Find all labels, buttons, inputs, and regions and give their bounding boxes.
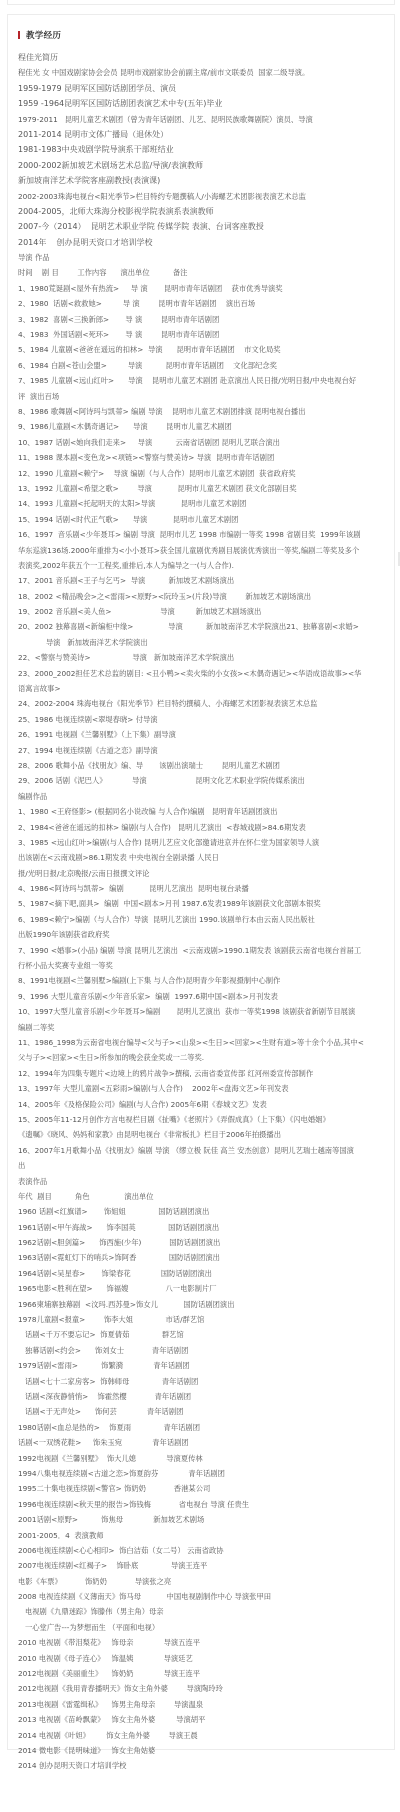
resume-line: 出版1990年该剧获省政府奖 — [18, 927, 388, 942]
resume-line: 导演 新加坡南洋艺术学院演出 — [18, 635, 388, 650]
resume-line: 14、2005年《及格保险公司》编剧(与人合作) 2005年6期《春城文艺》发表 — [18, 1097, 388, 1112]
resume-line: 行杯小品大奖赛专业组一等奖 — [18, 958, 388, 973]
resume-line: 2001话剧<原野> 饰焦母 新加坡艺术剧场 — [18, 1512, 388, 1527]
resume-line: 时间 剧 目 工作内容 演出单位 备注 — [18, 265, 388, 280]
resume-line: 1、1980 <王府怪影> (根据同名小说改编 与人合作)编剧 昆明青年话剧团演… — [18, 804, 388, 819]
section-header: 教学经历 — [18, 28, 61, 42]
resume-content: 程佳光简历程佳光 女 中国戏剧家协会会员 昆明市戏剧家协会前副主席/前市文联委员… — [18, 50, 388, 1774]
resume-line: 话剧<一双绣花鞋> 饰朱玉宛 青年话剧团 — [18, 1435, 388, 1450]
resume-line: 1964话剧<吴星春> 饰梁春花 国防话剧团演出 — [18, 1266, 388, 1281]
resume-line: 2010 电视剧《母子连心》 饰温姨 导演廷艺 — [18, 1651, 388, 1666]
resume-line: 25、1986 电视连续剧<翠堤春晓> 付导演 — [18, 712, 388, 727]
resume-line: 13、1997年 大型儿童剧<五彩雨>编剧(与人合作) 2002年<盘海文艺>年… — [18, 1081, 388, 1096]
resume-line: 1992电视剧《兰馨别墅》 饰大儿媳 导演夏传林 — [18, 1451, 388, 1466]
resume-line: 29、2006 话剧《泥巴人》 导演 昆明文化艺术职业学院传媒系演出 — [18, 773, 388, 788]
section-title: 教学经历 — [26, 29, 61, 41]
resume-line: 电视剧《九鼎迷踪》饰滕伟（男主角）母亲 — [18, 1604, 388, 1619]
previous-card — [7, 0, 395, 5]
resume-line: 3、1982 喜剧<三换新郎> 导 演 昆明市青年话剧团 — [18, 312, 388, 327]
resume-line: 2014年 创办昆明天资口才培训学校 — [18, 235, 388, 250]
resume-line: 1960 话剧<红旗谱> 饰姐姐 国防话剧团演出 — [18, 1204, 388, 1219]
resume-line: 1995二十集电视连续剧<警官> 饰奶奶 香港某公司 — [18, 1481, 388, 1496]
resume-line: 1963话剧<霓虹灯下的哨兵>饰阿香 国防话剧团演出 — [18, 1250, 388, 1265]
resume-line: 7、1990 <婚事>(小品) 编剧 导演 昆明儿艺演出 <云南戏剧>1990.… — [18, 943, 388, 958]
resume-line: 1981-1983中央戏剧学院导演系干部班结业 — [18, 142, 388, 157]
resume-line: 导演 作品 — [18, 250, 388, 265]
resume-line: 16、1997 音乐剧<少年聂耳> 编剧 导演 昆明市儿艺 1998 市编剧一等… — [18, 527, 388, 542]
resume-line: 编剧作品 — [18, 789, 388, 804]
resume-line: 24、2002-2004 珠海电视台《阳光季节》栏目特约撰稿人、小海螺艺术团影视… — [18, 696, 388, 711]
resume-line: 出该剧在<云南戏剧>86.1期发表 中央电视台全剧录播 人民日 — [18, 850, 388, 865]
resume-line: 18、2002 <精品晚会>之<雷雨><原野><阮玲玉>(片段)导演 新加坡艺术… — [18, 589, 388, 604]
resume-line: 2012电视剧《美丽重生》 饰奶奶 导演王连平 — [18, 1666, 388, 1681]
resume-line: 评 演出百场 — [18, 389, 388, 404]
resume-line: 年代 剧目 角色 演出单位 — [18, 1189, 388, 1204]
resume-line: 10、1997大型儿童音乐剧<少年聂耳>编剧 昆明儿艺演出 获市一等奖1998 … — [18, 1004, 388, 1019]
resume-line: 4、1986<阿诗玛与凯蒂> 编剧 昆明儿艺演出 昆明电视台录播 — [18, 881, 388, 896]
resume-line: 程佳光 女 中国戏剧家协会会员 昆明市戏剧家协会前副主席/前市文联委员 国家二级… — [18, 65, 388, 80]
resume-line: 6、1984 白剧<苍山会盟> 导演 昆明市青年话剧团 文化部纪念奖 — [18, 358, 388, 373]
resume-line: 15、2005年11-12月创作方言电视栏目剧《扯嘴》《老照片》《弄假成真》（上… — [18, 1112, 388, 1127]
accent-bar-icon — [18, 31, 20, 39]
resume-line: 2、1980 话剧<救救她> 导 演 昆明市青年话剧团 演出百场 — [18, 296, 388, 311]
resume-line: 话剧<深夜静悄悄> 饰霍然樱 青年话剧团 — [18, 1389, 388, 1404]
resume-line: 12、1990 儿童剧<赖宁> 导演 编剧（与人合作）昆明市儿童艺术剧团 获省政… — [18, 466, 388, 481]
resume-line: 父与子><回家><生日>所参加的晚会获金奖或一二等奖. — [18, 1050, 388, 1065]
resume-line: 17、2001 音乐剧<王子与乞丐> 导演 新加坡艺术剧场演出 — [18, 573, 388, 588]
resume-line: 13、1992 儿童剧<希望之歌> 导演 昆明市儿童艺术剧团 获文化部剧目奖 — [18, 481, 388, 496]
resume-line: 语寓言故事> — [18, 681, 388, 696]
resume-line: 表演奖,2002年获五个一工程奖,重排后,本人为编导之一(与人合作). — [18, 558, 388, 573]
resume-line: 7、1985 儿童剧<远山红叶> 导演 昆明市儿童艺术剧团 赴京演出人民日报/光… — [18, 373, 388, 388]
resume-line: 19、2002 音乐剧<美人鱼> 导演 新加坡艺术剧场演出 — [18, 604, 388, 619]
resume-line: 1979话剧<雷雨> 饰繁漪 青年话剧团 — [18, 1358, 388, 1373]
resume-line: 2012电视剧《我用青春播明天》饰女主角外婆 导演陶玲玲 — [18, 1681, 388, 1696]
resume-line: 2002-2003珠海电视台<阳光季节>栏目特约专题撰稿人/小海螺艺术团影视表演… — [18, 189, 388, 204]
resume-line: 20、2002 独幕喜剧<新编柜中缘> 导演 新加坡南洋艺术学院演出21、独幕喜… — [18, 619, 388, 634]
resume-line: 《遗嘱》《晓风、妈妈和家教》由昆明电视台《非常板扎》栏目于2006年拍摄播出 — [18, 1127, 388, 1142]
resume-line: 2014 电视剧《叶妲》 饰女主角外婆 导演王晨 — [18, 1728, 388, 1743]
resume-line: 1、1980荒诞剧<屋外有热流> 导 演 昆明市青年话剧团 获市优秀导演奖 — [18, 281, 388, 296]
resume-line: 9、1996 大型儿童音乐剧<少年音乐家> 编剧 1997.6期中国<剧本>月刊… — [18, 989, 388, 1004]
resume-line: 3、1985 <远山红叶>编剧(与人合作) 昆明儿艺应文化部邀请进京并在怀仁堂为… — [18, 835, 388, 850]
resume-line: 14、1993 儿童剧<托起明天的太阳>导演 昆明市儿童艺术剧团 — [18, 496, 388, 511]
resume-line: 1962话剧<胆剑篇> 饰西施(少年) 国防话剧团演出 — [18, 1235, 388, 1250]
resume-line: 1994八集电视连续剧<古道之恋>饰夏韵芬 青年话剧团 — [18, 1466, 388, 1481]
resume-line: 10、1987 话剧<她向我们走来> 导演 云南省话剧团 昆明儿艺联合演出 — [18, 435, 388, 450]
teaching-experience-card: 教学经历 程佳光简历程佳光 女 中国戏剧家协会会员 昆明市戏剧家协会前副主席/前… — [7, 14, 395, 1750]
resume-line: 程佳光简历 — [18, 50, 388, 65]
resume-line: 15、1994 话剧<时代正气歌> 导演 昆明市儿童艺术剧团 — [18, 512, 388, 527]
resume-line: 27、1994 电视连续剧《古道之恋》副导演 — [18, 743, 388, 758]
resume-line: 2014 创办昆明天资口才培训学校 — [18, 1758, 388, 1773]
resume-line: 一心堂广告---为梦想而生 （平面和电视） — [18, 1620, 388, 1635]
resume-line: 2014 微电影《昆明味道》 饰女主角姑婆 — [18, 1743, 388, 1758]
resume-line: 2006电视连续剧<心心相印> 饰白洁茹（女二号） 云南省政协 — [18, 1543, 388, 1558]
resume-line: 话剧<千万不要忘记> 饰夏倩茹 群艺馆 — [18, 1327, 388, 1342]
resume-line: 1959 -1964昆明军区国防话剧团表演艺术中专(五年)毕业 — [18, 96, 388, 111]
resume-line: 2004-2005，北师大珠海分校影视学院表演系表演教师 — [18, 204, 388, 219]
resume-line: 1979-2011 昆明儿童艺术剧团（曾为青年话剧团、儿艺、昆明民族歌舞剧院）演… — [18, 112, 388, 127]
resume-line: 报/光明日报/北京晚报/云南日报撰文评论 — [18, 866, 388, 881]
resume-line: 16、2007年1月歌舞小品《找朋友》编剧 导演 （缪立极 阮佳 高兰 安杰创意… — [18, 1143, 388, 1158]
resume-line: 2007电视连续剧<红褐子> 饰卧底 导演王连平 — [18, 1558, 388, 1573]
resume-line: 8、1991电视剧<兰馨别墅>编剧(上下集 与人合作)昆明青少年影视摄制中心制作 — [18, 973, 388, 988]
resume-line: 6、1989<赖宁>编剧（与人合作）导演 昆明儿艺演出 1990.该剧单行本由云… — [18, 912, 388, 927]
resume-line: 独幕话剧<约会> 饰刘女士 青年话剧团 — [18, 1343, 388, 1358]
resume-line: 表演作品 — [18, 1174, 388, 1189]
resume-line: 2010 电视剧《带泪梨花》 饰母亲 导演五连平 — [18, 1635, 388, 1650]
resume-line: 1965电影<胜利在望> 饰福嫂 八一电影制片厂 — [18, 1281, 388, 1296]
resume-line: 2008 电视连续剧《义薄南天》饰马母 中国电视剧制作中心 导演张甲田 — [18, 1589, 388, 1604]
resume-line: 1959-1979 昆明军区国防话剧团学员、演员 — [18, 81, 388, 96]
resume-line: 12、1994年为四集专题片<边境上的鸦片战争>撰稿, 云南省委宣传部 红河州委… — [18, 1066, 388, 1081]
resume-line: 11、1988 课本剧<变色龙><项链><警察与赞美诗> 导演 昆明市青年话剧团 — [18, 450, 388, 465]
resume-line: 2013 电视剧《苗岭飘蒙》 饰女主角外婆 导演胡平 — [18, 1712, 388, 1727]
resume-line: 28、2006 歌舞小品《找朋友》编、导 该剧出演瑞士 昆明儿童艺术剧团 — [18, 758, 388, 773]
resume-line: 11、1986_1998为云南省电视台编导<父与子><山泉><生日><回家><生… — [18, 1035, 388, 1050]
resume-line: 2011-2014 昆明市文体广播局（退休处） — [18, 127, 388, 142]
resume-line: 2007-今（2014） 昆明艺术职业学院 传媒学院 表演、台词客座教授 — [18, 219, 388, 234]
resume-line: 5、1987<摘下吧,面具> 编剧 中国<剧本>月刊 1987.6发表1989年… — [18, 896, 388, 911]
resume-line: 2001-2005．4 表演教师 — [18, 1528, 388, 1543]
resume-line: 出 — [18, 1158, 388, 1173]
resume-line: 2、1984<爸爸在遥远的扣林> 编剧(与人合作) 昆明儿艺演出 <春城戏剧>8… — [18, 820, 388, 835]
resume-line: 1996电视连续剧<秋天里的报告>饰钱梅 省电视台 导演 任贵生 — [18, 1497, 388, 1512]
resume-line: 1978儿童剧<报童> 饰李大姐 市话/群艺馆 — [18, 1312, 388, 1327]
resume-line: 5、1984 儿童剧<爸爸在遥远的扣林> 导演 昆明市青年话剧团 市文化局奖 — [18, 342, 388, 357]
resume-line: 电影《车票》 饰奶奶 导演张之亮 — [18, 1574, 388, 1589]
resume-line: 1980话剧<血总是热的> 饰夏雨 青年话剧团 — [18, 1420, 388, 1435]
resume-line: 2000-2002新加坡艺术剧场艺术总监/导演/表演教师 — [18, 158, 388, 173]
resume-line: 编剧二等奖 — [18, 1020, 388, 1035]
resume-line: 22、<警察与赞美诗> 导演 新加坡南洋艺术学院演出 — [18, 650, 388, 665]
resume-line: 新加坡南洋艺术学院客座副教授(表演课) — [18, 173, 388, 188]
resume-line: 1966柬埔寨独幕剧 <汶玛.西苏曼>饰女儿 国防话剧团演出 — [18, 1297, 388, 1312]
resume-line: 26、1991 电视剧《兰馨别墅》（上下集）副导演 — [18, 727, 388, 742]
resume-line: 话剧<于无声处> 饰何芸 青年话剧团 — [18, 1404, 388, 1419]
resume-line: 华东巡演136场.2000年重排为<小小聂耳>获全国儿童剧优秀剧目展演优秀演出一… — [18, 543, 388, 558]
resume-line: 23、2000_2002担任艺术总监的剧目: <丑小鸭><卖火柴的小女孩><木偶… — [18, 666, 388, 681]
resume-line: 话剧<七十二家房客> 饰韩师母 青年话剧团 — [18, 1374, 388, 1389]
resume-line: 4、1983 外国话剧<死环> 导 演 昆明市青年话剧团 — [18, 327, 388, 342]
resume-line: 9、1986儿童剧<木偶奇遇记> 导演 昆明市儿童艺术剧团 — [18, 419, 388, 434]
resume-line: 2013电视剧《雷霆缉私》 饰男主角母亲 导演温泉 — [18, 1697, 388, 1712]
resume-line: 8、1986 歌舞剧<阿诗玛与凯蒂> 编剧 导演 昆明市儿童艺术剧团排演 昆明电… — [18, 404, 388, 419]
resume-line: 1961话剧<甲午海战> 饰李国英 国防话剧团演出 — [18, 1220, 388, 1235]
